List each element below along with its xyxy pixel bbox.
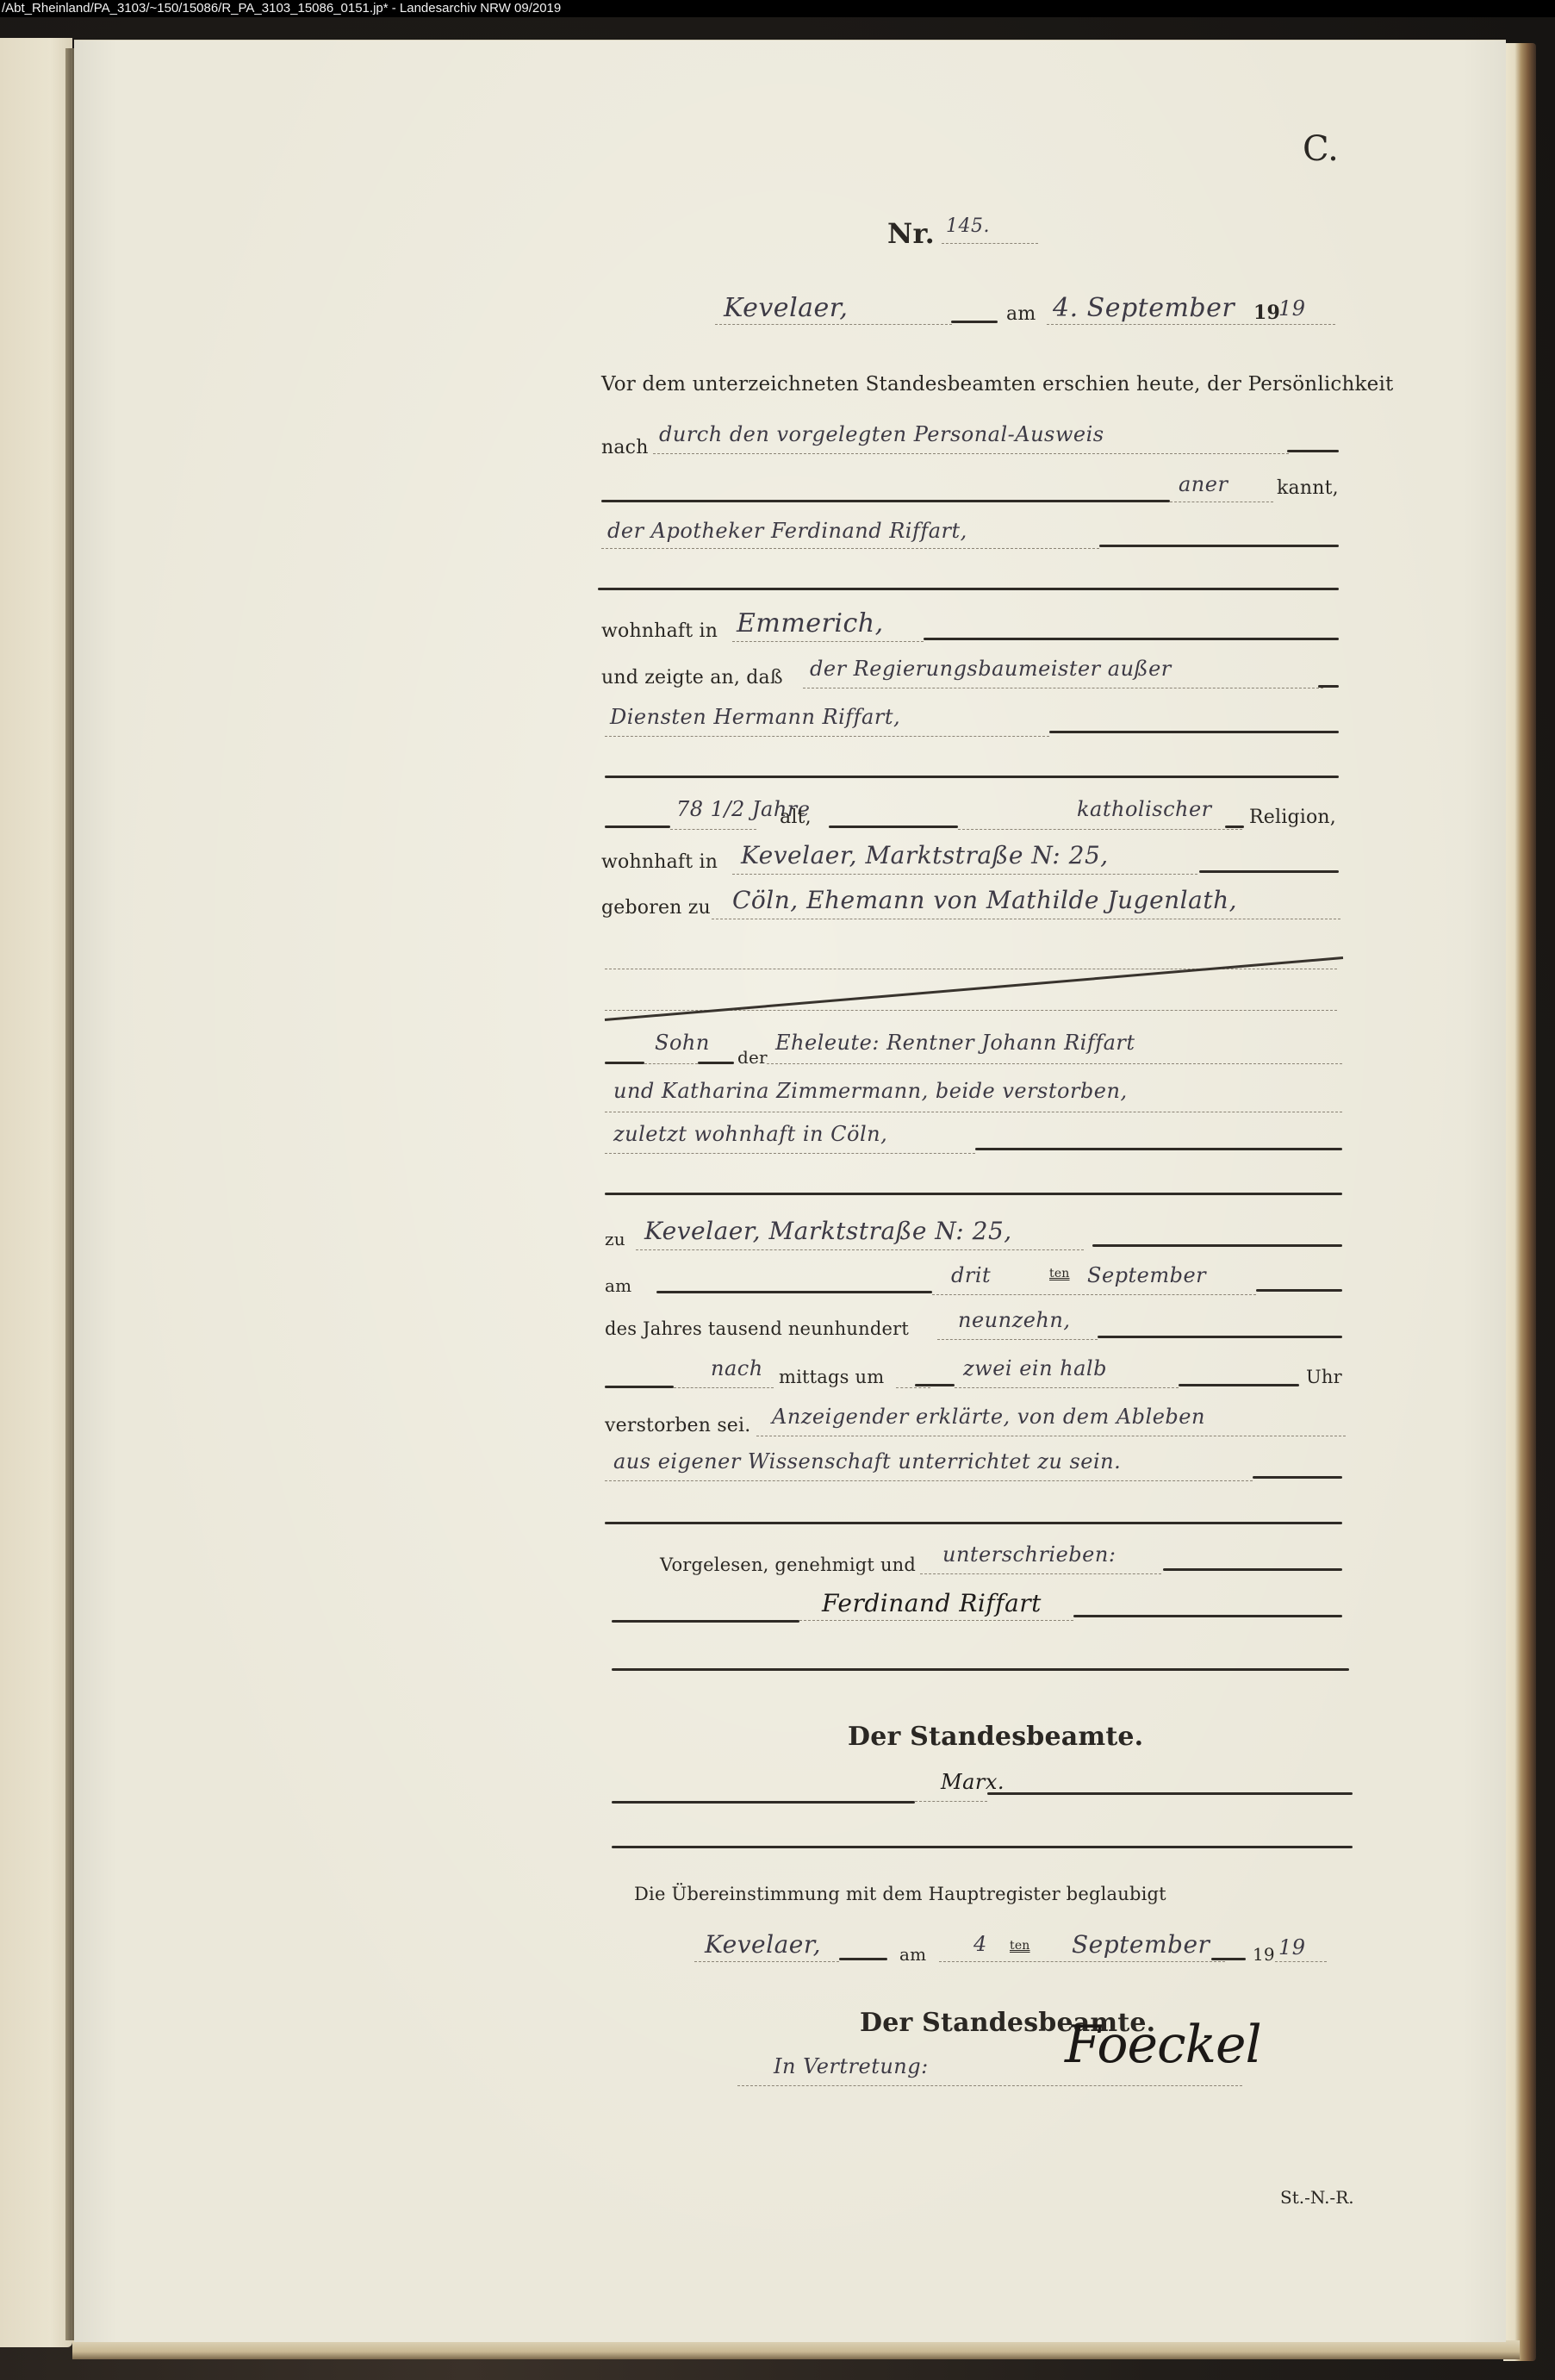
death-am-label: am (605, 1275, 631, 1296)
window-title-bar: /Abt_Rheinland/PA_3103/~150/15086/R_PA_3… (0, 0, 1555, 17)
fill-line (1163, 1568, 1342, 1571)
entry-number: 145. (946, 215, 990, 237)
death-time: zwei ein halb (963, 1356, 1107, 1380)
dotted-line (767, 1063, 1342, 1064)
parents-line-2: und Katharina Zimmermann, beide verstorb… (613, 1079, 1128, 1103)
fill-line (915, 1384, 955, 1386)
zeigte-an-label: und zeigte an, daß (601, 667, 783, 688)
fill-line (605, 1062, 644, 1064)
fill-line (598, 588, 1339, 590)
dotted-line (939, 1961, 1225, 1962)
death-year: neunzehn, (958, 1308, 1070, 1332)
entry-number-label: Nr. (887, 217, 935, 250)
dotted-line (799, 1620, 1073, 1621)
remark-line-1: Anzeigender erklärte, von dem Ableben (772, 1405, 1205, 1429)
declaration-intro: Vor dem unterzeichneten Standesbeamten e… (601, 373, 1393, 396)
fill-line (1256, 1289, 1342, 1292)
deceased-birthplace: Cöln, Ehemann von Mathilde Jugenlath, (732, 886, 1237, 914)
fill-line (1199, 870, 1339, 873)
read-approved-label: Vorgelesen, genehmigt und (660, 1554, 916, 1575)
informant-signature: Ferdinand Riffart (822, 1589, 1042, 1617)
dotted-line (670, 829, 756, 830)
dotted-line (712, 919, 1340, 919)
religion-label: Religion, (1249, 807, 1336, 828)
certification-year-prefix: 19 (1253, 1944, 1275, 1965)
deputy-label: In Vertretung: (774, 2054, 929, 2078)
death-month: September (1087, 1263, 1206, 1287)
year-suffix: 19 (1278, 296, 1306, 321)
death-zu-label: zu (605, 1229, 625, 1249)
death-day-suffix: ten (1049, 1267, 1070, 1280)
form-code: St.-N.-R. (1280, 2187, 1354, 2208)
dotted-line (937, 1339, 1098, 1340)
fill-line (951, 321, 998, 323)
window-title: /Abt_Rheinland/PA_3103/~150/15086/R_PA_3… (2, 1, 561, 16)
time-prefix: nach (711, 1356, 763, 1380)
der-label: der (737, 1047, 768, 1068)
dotted-line (715, 324, 952, 325)
year-label: des Jahres tausend neunhundert (605, 1318, 909, 1339)
deceased-religion: katholischer (1077, 797, 1212, 821)
fill-line (1225, 826, 1244, 828)
fill-line (1073, 1615, 1342, 1617)
dotted-line (955, 1387, 1179, 1388)
fill-line (612, 1846, 1353, 1848)
left-facing-page (0, 38, 72, 2347)
dotted-line (1170, 502, 1273, 502)
certification-place: Kevelaer, (705, 1930, 821, 1959)
fill-line (1318, 685, 1339, 688)
fill-line (924, 638, 1339, 640)
fill-line (1098, 1336, 1342, 1338)
registrar-heading: Der Standesbeamte. (848, 1722, 1143, 1752)
fill-line (1179, 1384, 1299, 1386)
dotted-line (732, 874, 1197, 875)
deceased-wohnhaft-label: wohnhaft in (601, 851, 718, 873)
remark-line-2: aus eigener Wissenschaft unterrichtet zu… (613, 1449, 1121, 1473)
kannt-label: kannt, (1277, 477, 1339, 499)
certification-day-suffix: ten (1010, 1939, 1030, 1953)
deceased-line-2: Diensten Hermann Riffart, (610, 705, 900, 729)
dotted-line (636, 1249, 1084, 1250)
fill-line (656, 1291, 932, 1293)
fill-line (1099, 545, 1339, 547)
read-signed-hand: unterschrieben: (942, 1542, 1116, 1567)
year-prefix: 19 (1253, 302, 1280, 324)
dotted-line (605, 1112, 1342, 1112)
dotted-line (605, 1480, 1253, 1481)
parents-line-3: zuletzt wohnhaft in Cöln, (613, 1122, 887, 1146)
certification-year-suffix: 19 (1278, 1935, 1306, 1959)
deputy-signature: Foeckel (1065, 2015, 1261, 2075)
death-place: Kevelaer, Marktstraße N: 25, (644, 1217, 1012, 1245)
mittags-label: mittags um (779, 1367, 884, 1387)
fill-line (605, 826, 670, 828)
parents-line-1: Eheleute: Rentner Johann Riffart (775, 1031, 1135, 1055)
dotted-line (932, 1294, 1256, 1295)
dotted-line (653, 453, 1289, 454)
informant-wohnhaft-label: wohnhaft in (601, 620, 718, 642)
dotted-line (920, 1573, 1161, 1574)
fill-line (1092, 1244, 1342, 1247)
fill-line (612, 1668, 1349, 1671)
fill-line (987, 1792, 1353, 1795)
fill-line (698, 1062, 734, 1064)
informant-name: der Apotheker Ferdinand Riffart, (607, 519, 967, 543)
dotted-line (942, 243, 1038, 244)
registrar-signature: Marx. (941, 1770, 1005, 1794)
register-place: Kevelaer, (724, 293, 848, 323)
fill-line (605, 1386, 674, 1388)
dotted-line (694, 1961, 839, 1962)
identification-method: durch den vorgelegten Personal-Ausweis (659, 422, 1104, 446)
section-letter: C. (1303, 129, 1339, 169)
verstorben-label: verstorben sei. (605, 1415, 750, 1436)
fill-line (975, 1148, 1342, 1150)
fill-line (605, 1522, 1342, 1524)
certification-text: Die Übereinstimmung mit dem Hauptregiste… (634, 1884, 1166, 1904)
relation: Sohn (655, 1031, 710, 1055)
deceased-line-1: der Regierungsbaumeister außer (810, 657, 1172, 681)
fill-line (612, 1801, 915, 1804)
dotted-line (803, 688, 1323, 688)
page-stack-edge (1503, 43, 1536, 2361)
fill-line (1287, 450, 1339, 452)
dotted-line (732, 641, 924, 642)
dotted-line (915, 1801, 987, 1802)
dotted-line (605, 736, 1049, 737)
deceased-residence: Kevelaer, Marktstraße N: 25, (741, 841, 1109, 869)
certification-am-label: am (899, 1944, 926, 1965)
dotted-line (605, 1153, 975, 1154)
fill-line (605, 1193, 1342, 1195)
am-label: am (1006, 303, 1036, 325)
dotted-line (756, 1436, 1346, 1436)
age-label: alt, (780, 807, 812, 828)
fill-line (839, 1958, 887, 1960)
certification-month: September (1072, 1930, 1210, 1959)
dotted-line (1047, 324, 1335, 325)
fill-line (1049, 731, 1339, 733)
dotted-line (644, 1063, 698, 1064)
fill-line (605, 776, 1339, 778)
uhr-label: Uhr (1306, 1367, 1342, 1387)
fill-line (1211, 1958, 1246, 1960)
death-day: drit (951, 1263, 991, 1287)
geboren-label: geboren zu (601, 897, 711, 919)
dotted-line (674, 1387, 774, 1388)
dotted-line (737, 2085, 1242, 2086)
dotted-line (1275, 1961, 1327, 1962)
page-stack-bottom (72, 2340, 1520, 2359)
register-date: 4. September (1053, 293, 1235, 323)
kannt-prefix: aner (1179, 472, 1228, 496)
fill-line (612, 1620, 799, 1623)
dotted-line (958, 829, 1242, 830)
informant-residence: Emmerich, (737, 608, 884, 639)
dotted-line (896, 1387, 930, 1388)
dotted-line (601, 548, 1099, 549)
fill-line (1253, 1476, 1342, 1479)
fill-line (829, 826, 958, 828)
nach-label: nach (601, 437, 649, 458)
certification-day: 4 (973, 1932, 987, 1956)
fill-line (601, 500, 1170, 502)
